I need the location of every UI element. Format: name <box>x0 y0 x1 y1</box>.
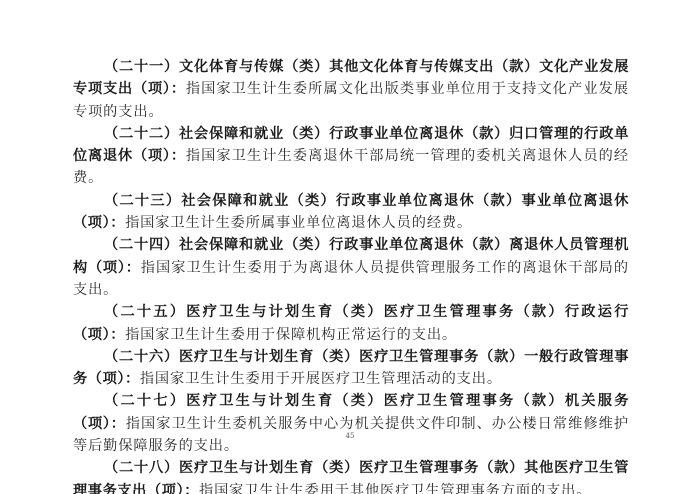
paragraph-26: （二十六）医疗卫生与计划生育（类）医疗卫生管理事务（款）一般行政管理事务（项）：… <box>73 346 629 391</box>
paragraph-description: 指国家卫生计生委用于保障机构正常运行的支出。 <box>125 327 457 343</box>
paragraph-description: 指国家卫生计生委用于为离退休人员提供管理服务工作的离退休干部局的支出。 <box>73 260 629 298</box>
paragraph-description: 指国家卫生计生委所属事业单位离退休人员的经费。 <box>125 215 472 231</box>
paragraph-24: （二十四）社会保障和就业（类）行政事业单位离退休（款）离退休人员管理机构（项）：… <box>73 234 629 301</box>
paragraph-25: （二十五）医疗卫生与计划生育（类）医疗卫生管理事务（款）行政运行（项）：指国家卫… <box>73 301 629 346</box>
paragraph-21: （二十一）文化体育与传媒（类）其他文化体育与传媒支出（款）文化产业发展专项支出（… <box>73 56 629 123</box>
document-page: （二十一）文化体育与传媒（类）其他文化体育与传媒支出（款）文化产业发展专项支出（… <box>73 56 629 494</box>
paragraph-28: （二十八）医疗卫生与计划生育（类）医疗卫生管理事务（款）其他医疗卫生管理事务支出… <box>73 457 629 494</box>
page-number: 45 <box>0 432 700 440</box>
paragraph-23: （二十三）社会保障和就业（类）行政事业单位离退休（款）事业单位离退休（项）：指国… <box>73 190 629 235</box>
paragraph-description: 指国家卫生计生委用于开展医疗卫生管理活动的支出。 <box>140 371 502 387</box>
paragraph-27: （二十七）医疗卫生与计划生育（类）医疗卫生管理事务（款）机关服务（项）：指国家卫… <box>73 390 629 457</box>
paragraph-22: （二十二）社会保障和就业（类）行政事业单位离退休（款）归口管理的行政单位离退休（… <box>73 123 629 190</box>
paragraph-description: 指国家卫生计生委用于其他医疗卫生管理事务方面的支出。 <box>199 483 591 494</box>
